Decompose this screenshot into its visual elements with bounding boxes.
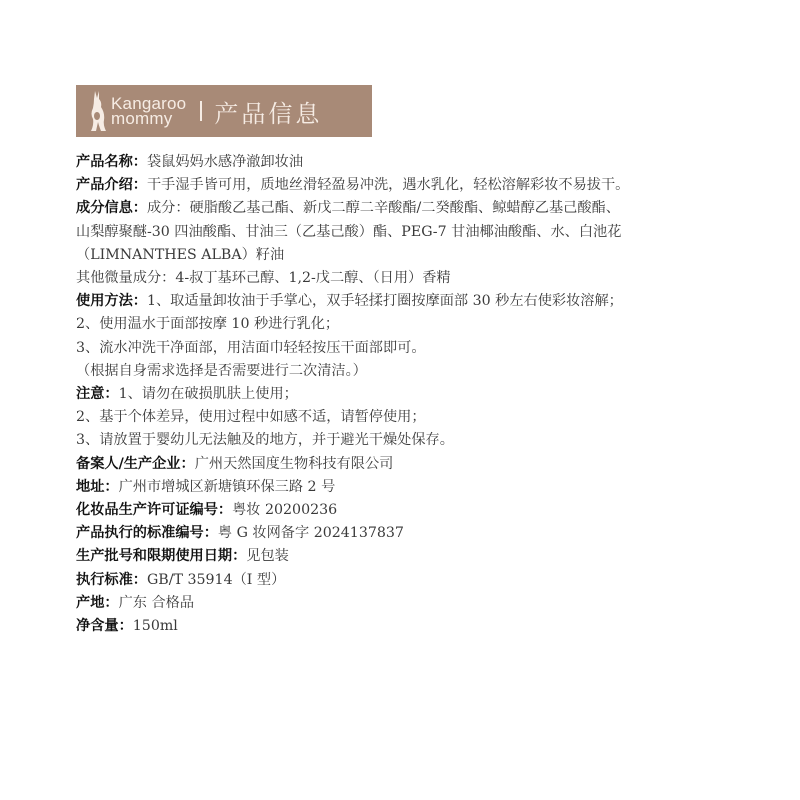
- kangaroo-icon: [86, 89, 108, 133]
- line-text: 2、使用温水于面部按摩 10 秒进行乳化；: [76, 316, 339, 332]
- line-text: 广州市增城区新塘镇环保三路 2 号: [119, 479, 336, 495]
- line-text: 其他微量成分：4-叔丁基环己醇、1,2-戊二醇、（日用）香精: [76, 270, 451, 286]
- line-label: 产品执行的标准编号：: [76, 525, 218, 541]
- divider: [200, 101, 202, 121]
- line-label: 产地：: [76, 595, 119, 611]
- brand-name: Kangaroo mommy: [111, 96, 186, 126]
- line-label: 注意：: [76, 386, 119, 402]
- line-text: （LIMNANTHES ALBA）籽油: [76, 247, 284, 263]
- line-text: 2、基于个体差异，使用过程中如感不适，请暂停使用；: [76, 409, 426, 425]
- banner-title: 产品信息: [214, 94, 322, 129]
- line-text: 山梨醇聚醚-30 四油酸酯、甘油三（乙基己酸）酯、PEG-7 甘油椰油酸酯、水、…: [76, 224, 621, 240]
- brand-logo: Kangaroo mommy: [86, 89, 186, 133]
- info-line-caution-item: 3、请放置于婴幼儿无法触及的地方，并于避光干燥处保存。: [76, 429, 756, 452]
- info-line-batch-expiry: 生产批号和限期使用日期：见包装: [76, 545, 756, 568]
- line-label: 化妆品生产许可证编号：: [76, 502, 232, 518]
- line-label: 净含量：: [76, 618, 133, 634]
- line-label: 产品名称：: [76, 154, 147, 170]
- info-line-manufacturer: 备案人/生产企业：广州天然国度生物科技有限公司: [76, 453, 756, 476]
- info-line-product-name: 产品名称：袋鼠妈妈水感净澈卸妆油: [76, 151, 756, 174]
- info-line-ingredients: 成分信息：成分：硬脂酸乙基己酯、新戊二醇二辛酸酯/二癸酸酯、鲸蜡醇乙基己酸酯、: [76, 197, 756, 220]
- info-line-usage-step: 3、流水冲洗干净面部，用洁面巾轻轻按压干面部即可。: [76, 337, 756, 360]
- line-text: 3、请放置于婴幼儿无法触及的地方，并于避光干燥处保存。: [76, 432, 454, 448]
- line-text: GB/T 35914（I 型）: [147, 572, 285, 588]
- info-line-net-content: 净含量：150ml: [76, 615, 756, 638]
- info-line-license-number: 化妆品生产许可证编号：粤妆 20200236: [76, 499, 756, 522]
- info-line-trace-ingredients: 其他微量成分：4-叔丁基环己醇、1,2-戊二醇、（日用）香精: [76, 267, 756, 290]
- brand-line-2: mommy: [111, 111, 186, 126]
- line-text: 广州天然国度生物科技有限公司: [195, 456, 394, 472]
- line-label: 产品介绍：: [76, 177, 147, 193]
- info-line-exec-standard: 执行标准：GB/T 35914（I 型）: [76, 569, 756, 592]
- info-line-product-intro: 产品介绍：干手湿手皆可用，质地丝滑轻盈易冲洗，遇水乳化，轻松溶解彩妆不易拔干。: [76, 174, 756, 197]
- line-label: 执行标准：: [76, 572, 147, 588]
- line-label: 地址：: [76, 479, 119, 495]
- line-text: （根据自身需求选择是否需要进行二次清洁。）: [76, 363, 367, 379]
- line-text: 袋鼠妈妈水感净澈卸妆油: [147, 154, 303, 170]
- info-line-usage-step: 2、使用温水于面部按摩 10 秒进行乳化；: [76, 313, 756, 336]
- info-line-usage: 使用方法：1、取适量卸妆油于手掌心，双手轻揉打圈按摩面部 30 秒左右使彩妆溶解…: [76, 290, 756, 313]
- line-text: 干手湿手皆可用，质地丝滑轻盈易冲洗，遇水乳化，轻松溶解彩妆不易拔干。: [147, 177, 629, 193]
- line-label: 备案人/生产企业：: [76, 456, 195, 472]
- info-line-usage-note: （根据自身需求选择是否需要进行二次清洁。）: [76, 360, 756, 383]
- info-line-ingredients-cont: 山梨醇聚醚-30 四油酸酯、甘油三（乙基己酸）酯、PEG-7 甘油椰油酸酯、水、…: [76, 221, 756, 244]
- line-text: 3、流水冲洗干净面部，用洁面巾轻轻按压干面部即可。: [76, 340, 426, 356]
- info-line-ingredients-cont: （LIMNANTHES ALBA）籽油: [76, 244, 756, 267]
- line-label: 成分信息：: [76, 200, 147, 216]
- line-label: 生产批号和限期使用日期：: [76, 548, 246, 564]
- line-text: 广东 合格品: [119, 595, 194, 611]
- info-line-standard-number: 产品执行的标准编号：粤 G 妆网备字 2024137837: [76, 522, 756, 545]
- line-text: 1、请勿在破损肌肤上使用；: [119, 386, 298, 402]
- info-line-origin: 产地：广东 合格品: [76, 592, 756, 615]
- line-text: 见包装: [246, 548, 289, 564]
- line-text: 150ml: [133, 618, 178, 634]
- product-info-content: 产品名称：袋鼠妈妈水感净澈卸妆油 产品介绍：干手湿手皆可用，质地丝滑轻盈易冲洗，…: [76, 151, 756, 638]
- line-text: 粤妆 20200236: [232, 502, 337, 518]
- line-text: 粤 G 妆网备字 2024137837: [218, 525, 404, 541]
- line-text: 1、取适量卸妆油于手掌心，双手轻揉打圈按摩面部 30 秒左右使彩妆溶解；: [147, 293, 623, 309]
- info-line-caution: 注意：1、请勿在破损肌肤上使用；: [76, 383, 756, 406]
- line-text: 成分：硬脂酸乙基己酯、新戊二醇二辛酸酯/二癸酸酯、鲸蜡醇乙基己酸酯、: [147, 200, 620, 216]
- info-line-caution-item: 2、基于个体差异，使用过程中如感不适，请暂停使用；: [76, 406, 756, 429]
- line-label: 使用方法：: [76, 293, 147, 309]
- product-info-banner: Kangaroo mommy 产品信息: [76, 85, 372, 137]
- info-line-address: 地址：广州市增城区新塘镇环保三路 2 号: [76, 476, 756, 499]
